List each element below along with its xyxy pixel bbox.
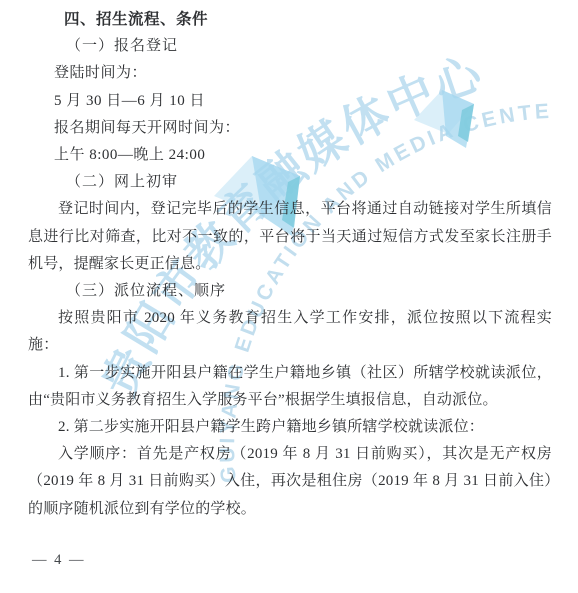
review-paragraph: 登记时间内，登记完毕后的学生信息，平台将通过自动链接对学生所填信息进行比对筛查，…: [28, 196, 552, 278]
reg-time-label: 登陆时间为：: [28, 60, 552, 87]
step2-paragraph: 2. 第二步实施开阳县户籍学生跨户籍地乡镇所辖学校就读派位：: [28, 414, 552, 441]
reg-daily-label: 报名期间每天开网时间为：: [28, 115, 552, 142]
document-page: 贵阳市教育融媒体中心 GUIYANG EDUCATION AND MEDIA C…: [0, 0, 578, 593]
order-paragraph: 入学顺序：首先是产权房（2019 年 8 月 31 日前购买），其次是无产权房（…: [28, 441, 552, 523]
document-body: 四、招生流程、条件 （一）报名登记 登陆时间为： 5 月 30 日—6 月 10…: [0, 0, 578, 523]
subsection-2-title: （二）网上初审: [28, 169, 552, 196]
subsection-1-title: （一）报名登记: [28, 33, 552, 60]
reg-date-range: 5 月 30 日—6 月 10 日: [28, 88, 552, 115]
reg-daily-hours: 上午 8:00—晚上 24:00: [28, 142, 552, 169]
page-number: — 4 —: [32, 552, 86, 569]
section-heading: 四、招生流程、条件: [28, 6, 552, 33]
arrangement-paragraph: 按照贵阳市 2020 年义务教育招生入学工作安排，派位按照以下流程实施：: [28, 305, 552, 359]
subsection-3-title: （三）派位流程、顺序: [28, 278, 552, 305]
step1-paragraph: 1. 第一步实施开阳县户籍在学生户籍地乡镇（社区）所辖学校就读派位，由“贵阳市义…: [28, 360, 552, 414]
